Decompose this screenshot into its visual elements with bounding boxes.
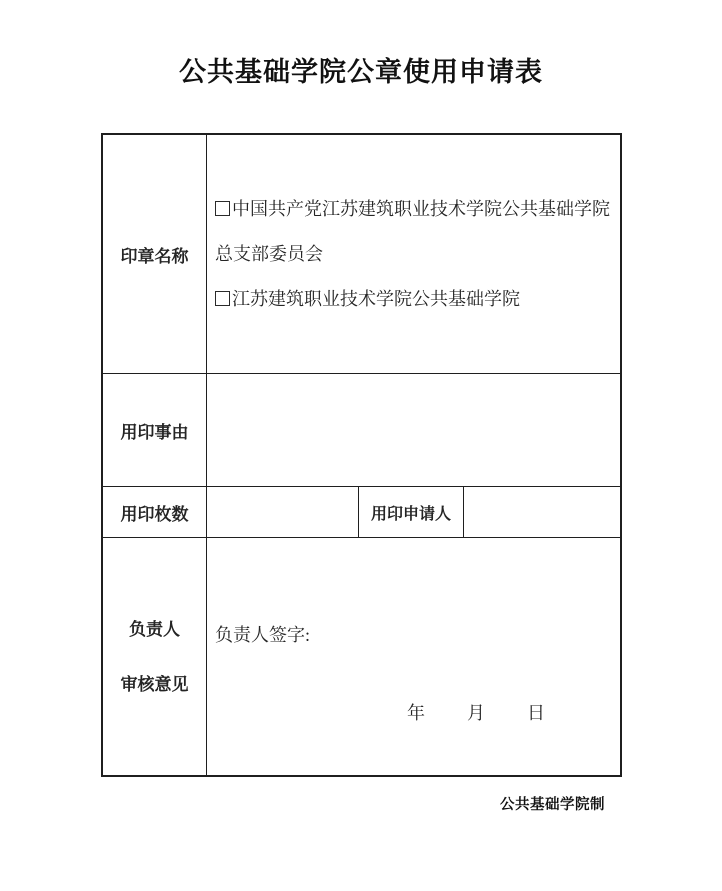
seal-option-label: 中国共产党江苏建筑职业技术学院公共基础学院总支部委员会: [215, 199, 610, 264]
review-label-line2: 审核意见: [121, 676, 189, 693]
seal-count-label: 用印枚数: [103, 487, 207, 537]
seal-name-options-cell: 中国共产党江苏建筑职业技术学院公共基础学院总支部委员会 江苏建筑职业技术学院公共…: [207, 135, 620, 373]
page-title: 公共基础学院公章使用申请表: [0, 50, 722, 89]
seal-options-list: 中国共产党江苏建筑职业技术学院公共基础学院总支部委员会 江苏建筑职业技术学院公共…: [207, 135, 620, 373]
seal-option-label: 江苏建筑职业技术学院公共基础学院: [232, 289, 520, 309]
form-maker-note: 公共基础学院制: [500, 793, 605, 814]
applicant-label: 用印申请人: [359, 487, 464, 537]
review-opinion-label: 负责人 审核意见: [103, 538, 207, 775]
row-seal-name: 印章名称 中国共产党江苏建筑职业技术学院公共基础学院总支部委员会 江苏建筑职业技…: [103, 135, 620, 374]
checkbox-icon[interactable]: [215, 291, 230, 306]
row-review-opinion: 负责人 审核意见 负责人签字: 年 月 日: [103, 538, 620, 775]
checkbox-icon[interactable]: [215, 201, 230, 216]
review-date-line: 年 月 日: [407, 702, 547, 724]
row-count-applicant: 用印枚数 用印申请人: [103, 487, 620, 538]
seal-reason-value-cell[interactable]: [207, 374, 620, 486]
seal-name-label: 印章名称: [103, 135, 207, 373]
seal-count-value-cell[interactable]: [207, 487, 359, 537]
row-seal-reason: 用印事由: [103, 374, 620, 487]
reviewer-signature-label: 负责人签字:: [215, 624, 310, 646]
review-opinion-cell[interactable]: 负责人签字: 年 月 日: [207, 538, 620, 775]
application-form-table: 印章名称 中国共产党江苏建筑职业技术学院公共基础学院总支部委员会 江苏建筑职业技…: [101, 133, 622, 777]
applicant-value-cell[interactable]: [464, 487, 620, 537]
seal-reason-label: 用印事由: [103, 374, 207, 486]
seal-option-college: 江苏建筑职业技术学院公共基础学院: [215, 277, 615, 322]
seal-application-form-page: { "title": "公共基础学院公章使用申请表", "form": { "s…: [0, 0, 722, 891]
seal-option-party-branch: 中国共产党江苏建筑职业技术学院公共基础学院总支部委员会: [215, 187, 615, 277]
review-label-line1: 负责人: [129, 621, 180, 638]
